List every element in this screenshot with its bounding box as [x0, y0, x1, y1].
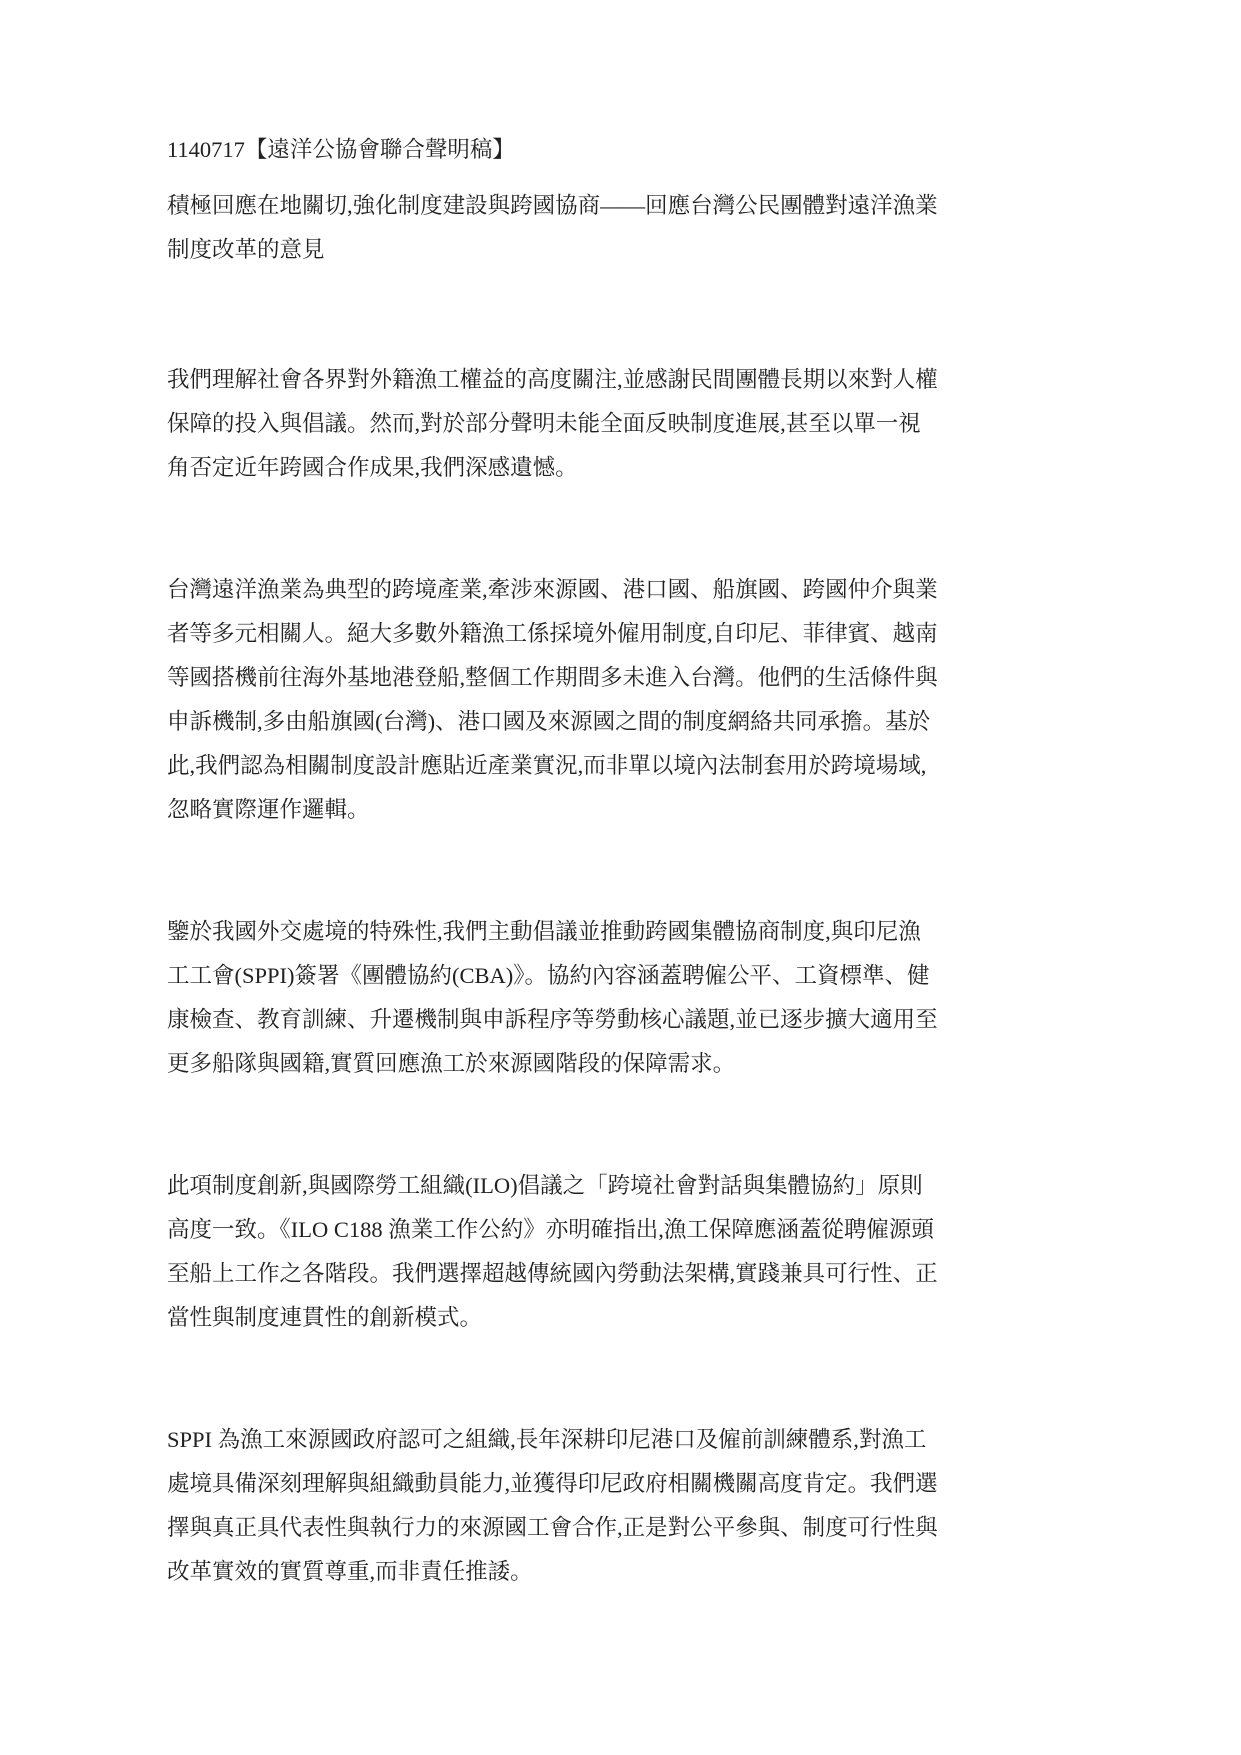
paragraph-1: 我們理解社會各界對外籍漁工權益的高度關注,並感謝民間團體長期以來對人權保障的投入…: [167, 358, 939, 490]
document-content: 1140717【遠洋公協會聯合聲明稿】 積極回應在地關切,強化制度建設與跨國協商…: [167, 128, 939, 1672]
document-heading: 積極回應在地關切,強化制度建設與跨國協商——回應台灣公民團體對遠洋漁業制度改革的…: [167, 184, 939, 272]
paragraph-3: 鑒於我國外交處境的特殊性,我們主動倡議並推動跨國集體協商制度,與印尼漁工工會(S…: [167, 910, 939, 1086]
paragraph-4: 此項制度創新,與國際勞工組織(ILO)倡議之「跨境社會對話與集體協約」原則高度一…: [167, 1164, 939, 1340]
paragraph-5: SPPI 為漁工來源國政府認可之組織,長年深耕印尼港口及僱前訓練體系,對漁工處境…: [167, 1418, 939, 1594]
paragraph-2: 台灣遠洋漁業為典型的跨境產業,牽涉來源國、港口國、船旗國、跨國仲介與業者等多元相…: [167, 568, 939, 832]
document-page: 1140717【遠洋公協會聯合聲明稿】 積極回應在地關切,強化制度建設與跨國協商…: [0, 0, 1241, 1755]
document-title: 1140717【遠洋公協會聯合聲明稿】: [167, 128, 939, 172]
